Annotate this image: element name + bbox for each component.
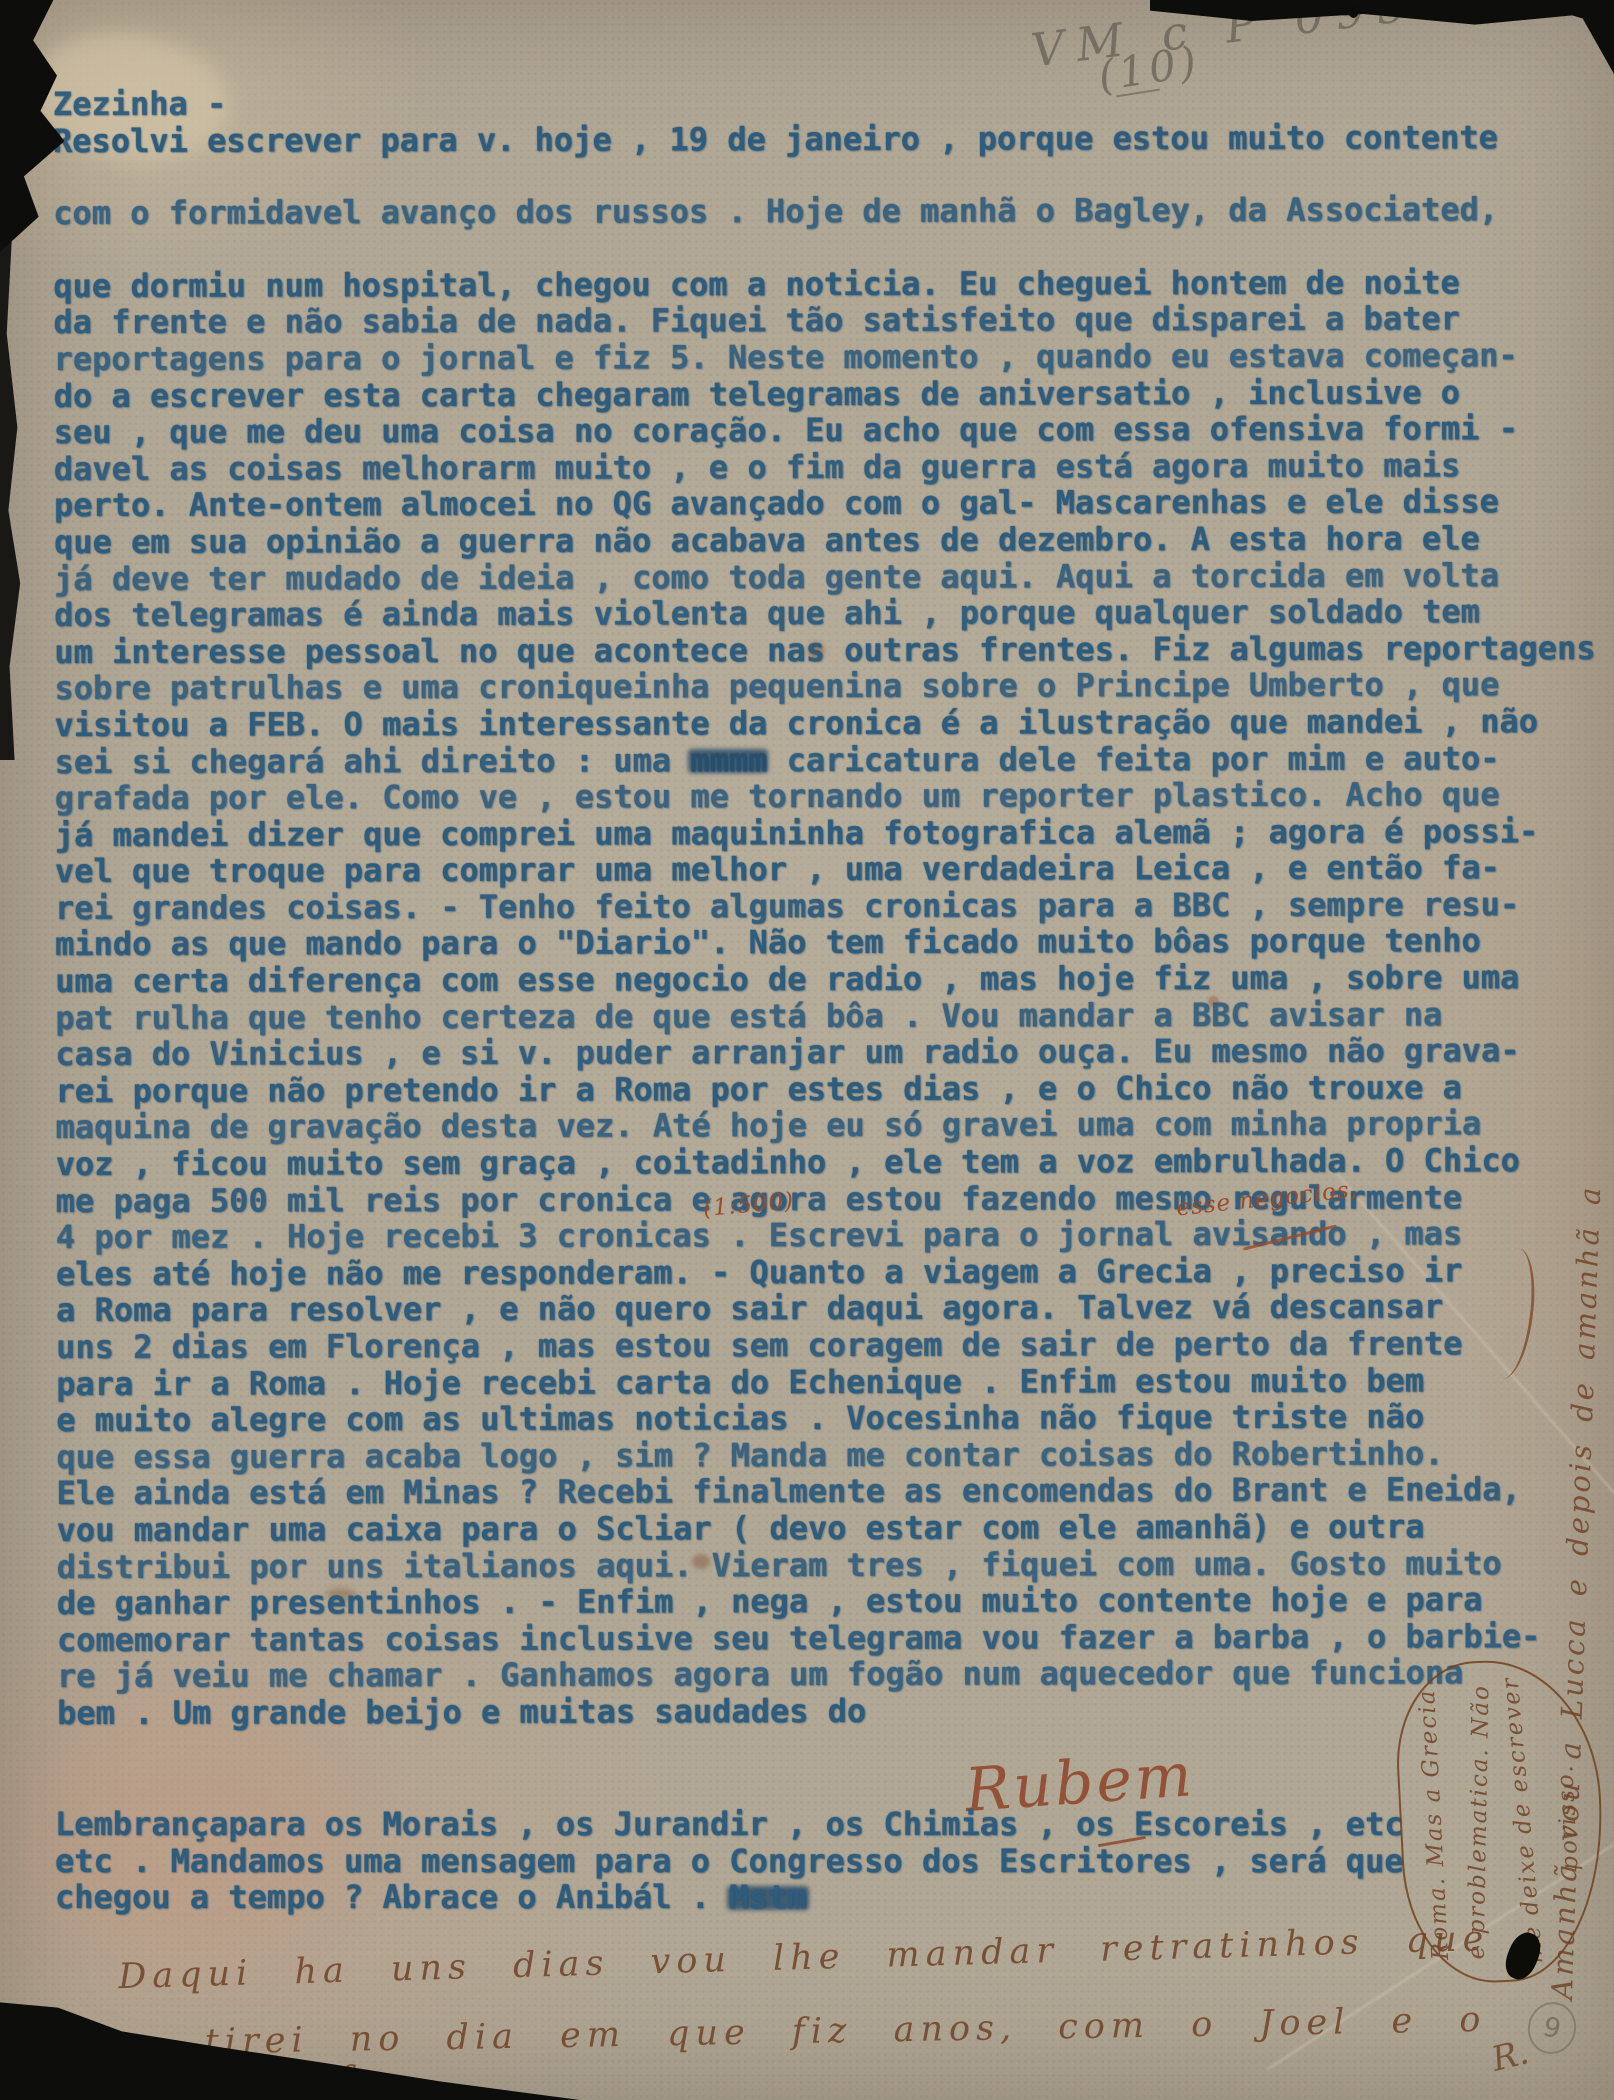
text-line: uma certa diferença com esse negocio de … xyxy=(55,959,1600,1000)
typed-postscript: Lembrançapara os Morais , os Jurandir , … xyxy=(55,1806,1600,1916)
text-line: 4 por mez . Hoje recebi 3 cronicas . Esc… xyxy=(56,1215,1601,1256)
text-line: re já veiu me chamar . Ganhamos agora um… xyxy=(57,1654,1602,1695)
torn-edge-left xyxy=(0,240,28,760)
text-line: davel as coisas melhorarm muito , e o fi… xyxy=(54,447,1599,488)
text-line: comemorar tantas coisas inclusive seu te… xyxy=(57,1618,1602,1659)
text-line: da frente e não sabia de nada. Fiquei tã… xyxy=(53,300,1598,341)
text-line: porisso. xyxy=(1552,1763,1584,1871)
text-line: seu , que me deu uma coisa no coração. E… xyxy=(54,410,1599,451)
text-line: que essa guerra acaba logo , sim ? Manda… xyxy=(56,1435,1601,1476)
text-line: um interesse pessoal no que acontece nas… xyxy=(54,630,1599,671)
text-line: e muito alegre com as ultimas noticias .… xyxy=(56,1398,1601,1439)
text-line: com o formidavel avanço dos russos . Hoj… xyxy=(53,191,1598,232)
text-line: eles até hoje não me responderam. - Quan… xyxy=(56,1252,1601,1293)
text-line: pat rulha que tenho certeza de que está … xyxy=(55,996,1600,1037)
text-line: voz , ficou muito sem graça , coitadinho… xyxy=(56,1142,1601,1183)
letter-page: VM c P 095 (10) Zezinha -Resolvi escreve… xyxy=(0,0,1614,2100)
text-line: sei si chegará ahi direito : uma mmmm ca… xyxy=(55,739,1600,780)
text-line: casa do Vinicius , e si v. puder arranja… xyxy=(55,1032,1600,1073)
text-line: chegou a tempo ? Abrace o Anibál . Mstm xyxy=(55,1879,1600,1916)
text-line: Ele ainda está em Minas ? Recebi finalme… xyxy=(56,1471,1601,1512)
text-line: me paga 500 mil reis por cronica e agora… xyxy=(56,1179,1601,1220)
text-line: do a escrever esta carta chegaram telegr… xyxy=(54,374,1599,415)
text-line: bem . Um grande beijo e muitas saudades … xyxy=(57,1691,1602,1732)
text-line: que em sua opinião a guerra não acabava … xyxy=(54,520,1599,561)
text-line: de ganhar presentinhos . - Enfim , nega … xyxy=(57,1581,1602,1622)
text-line: Lembrançapara os Morais , os Jurandir , … xyxy=(55,1806,1600,1843)
text-line: é problematica. Não xyxy=(1463,1684,1494,1960)
text-line: já mandei dizer que comprei uma maquinin… xyxy=(55,813,1600,854)
text-line: vou mandar uma caixa para o Scliar ( dev… xyxy=(57,1508,1602,1549)
text-line: me deixe de escrever xyxy=(1498,1675,1549,1965)
circled-number-text: 9 xyxy=(1540,2011,1564,2045)
text-line: Resolvi escrever para v. hoje , 19 de ja… xyxy=(53,119,1598,160)
text-line: rei grandes coisas. - Tenho feito alguma… xyxy=(55,886,1600,927)
text-line: a Roma para resolver , e não quero sair … xyxy=(56,1288,1601,1329)
text-line: distribui por uns italianos aqui. Vieram… xyxy=(57,1545,1602,1586)
text-line: grafada por ele. Como ve , estou me torn… xyxy=(55,776,1600,817)
text-line: uns 2 dias em Florença , mas estou sem c… xyxy=(56,1325,1601,1366)
text-line: perto. Ante-ontem almocei no QG avançado… xyxy=(54,483,1599,524)
text-line: rei porque não pretendo ir a Roma por es… xyxy=(55,1069,1600,1110)
text-line: Zezinha - xyxy=(53,82,1598,123)
text-line: para ir a Roma . Hoje recebi carta do Ec… xyxy=(56,1362,1601,1403)
text-line: reportagens para o jornal e fiz 5. Neste… xyxy=(54,337,1599,378)
text-line: mindo as que mando para o "Diario". Não … xyxy=(55,922,1600,963)
text-line: dos telegramas é ainda mais violenta que… xyxy=(54,593,1599,634)
text-line: visitou a FEB. O mais interessante da cr… xyxy=(54,703,1599,744)
text-line: maquina de gravação desta vez. Até hoje … xyxy=(56,1105,1601,1146)
typed-letter-body: Zezinha -Resolvi escrever para v. hoje ,… xyxy=(53,82,1602,1732)
text-line: sobre patrulhas e uma croniqueinha peque… xyxy=(54,666,1599,707)
text-line: Roma. Mas a Grecia xyxy=(1414,1688,1454,1961)
text-line: que dormiu num hospital, chegou com a no… xyxy=(53,264,1598,305)
text-line: já deve ter mudado de ideia , como toda … xyxy=(54,557,1599,598)
text-line: vel que troque para comprar uma melhor ,… xyxy=(55,849,1600,890)
text-line: etc . Mandamos uma mensagem para o Congr… xyxy=(55,1843,1600,1880)
handwritten-note-line1: Daqui ha uns dias vou lhe mandar retrati… xyxy=(118,1919,1490,1997)
overtyped-word-smudge xyxy=(688,749,768,773)
